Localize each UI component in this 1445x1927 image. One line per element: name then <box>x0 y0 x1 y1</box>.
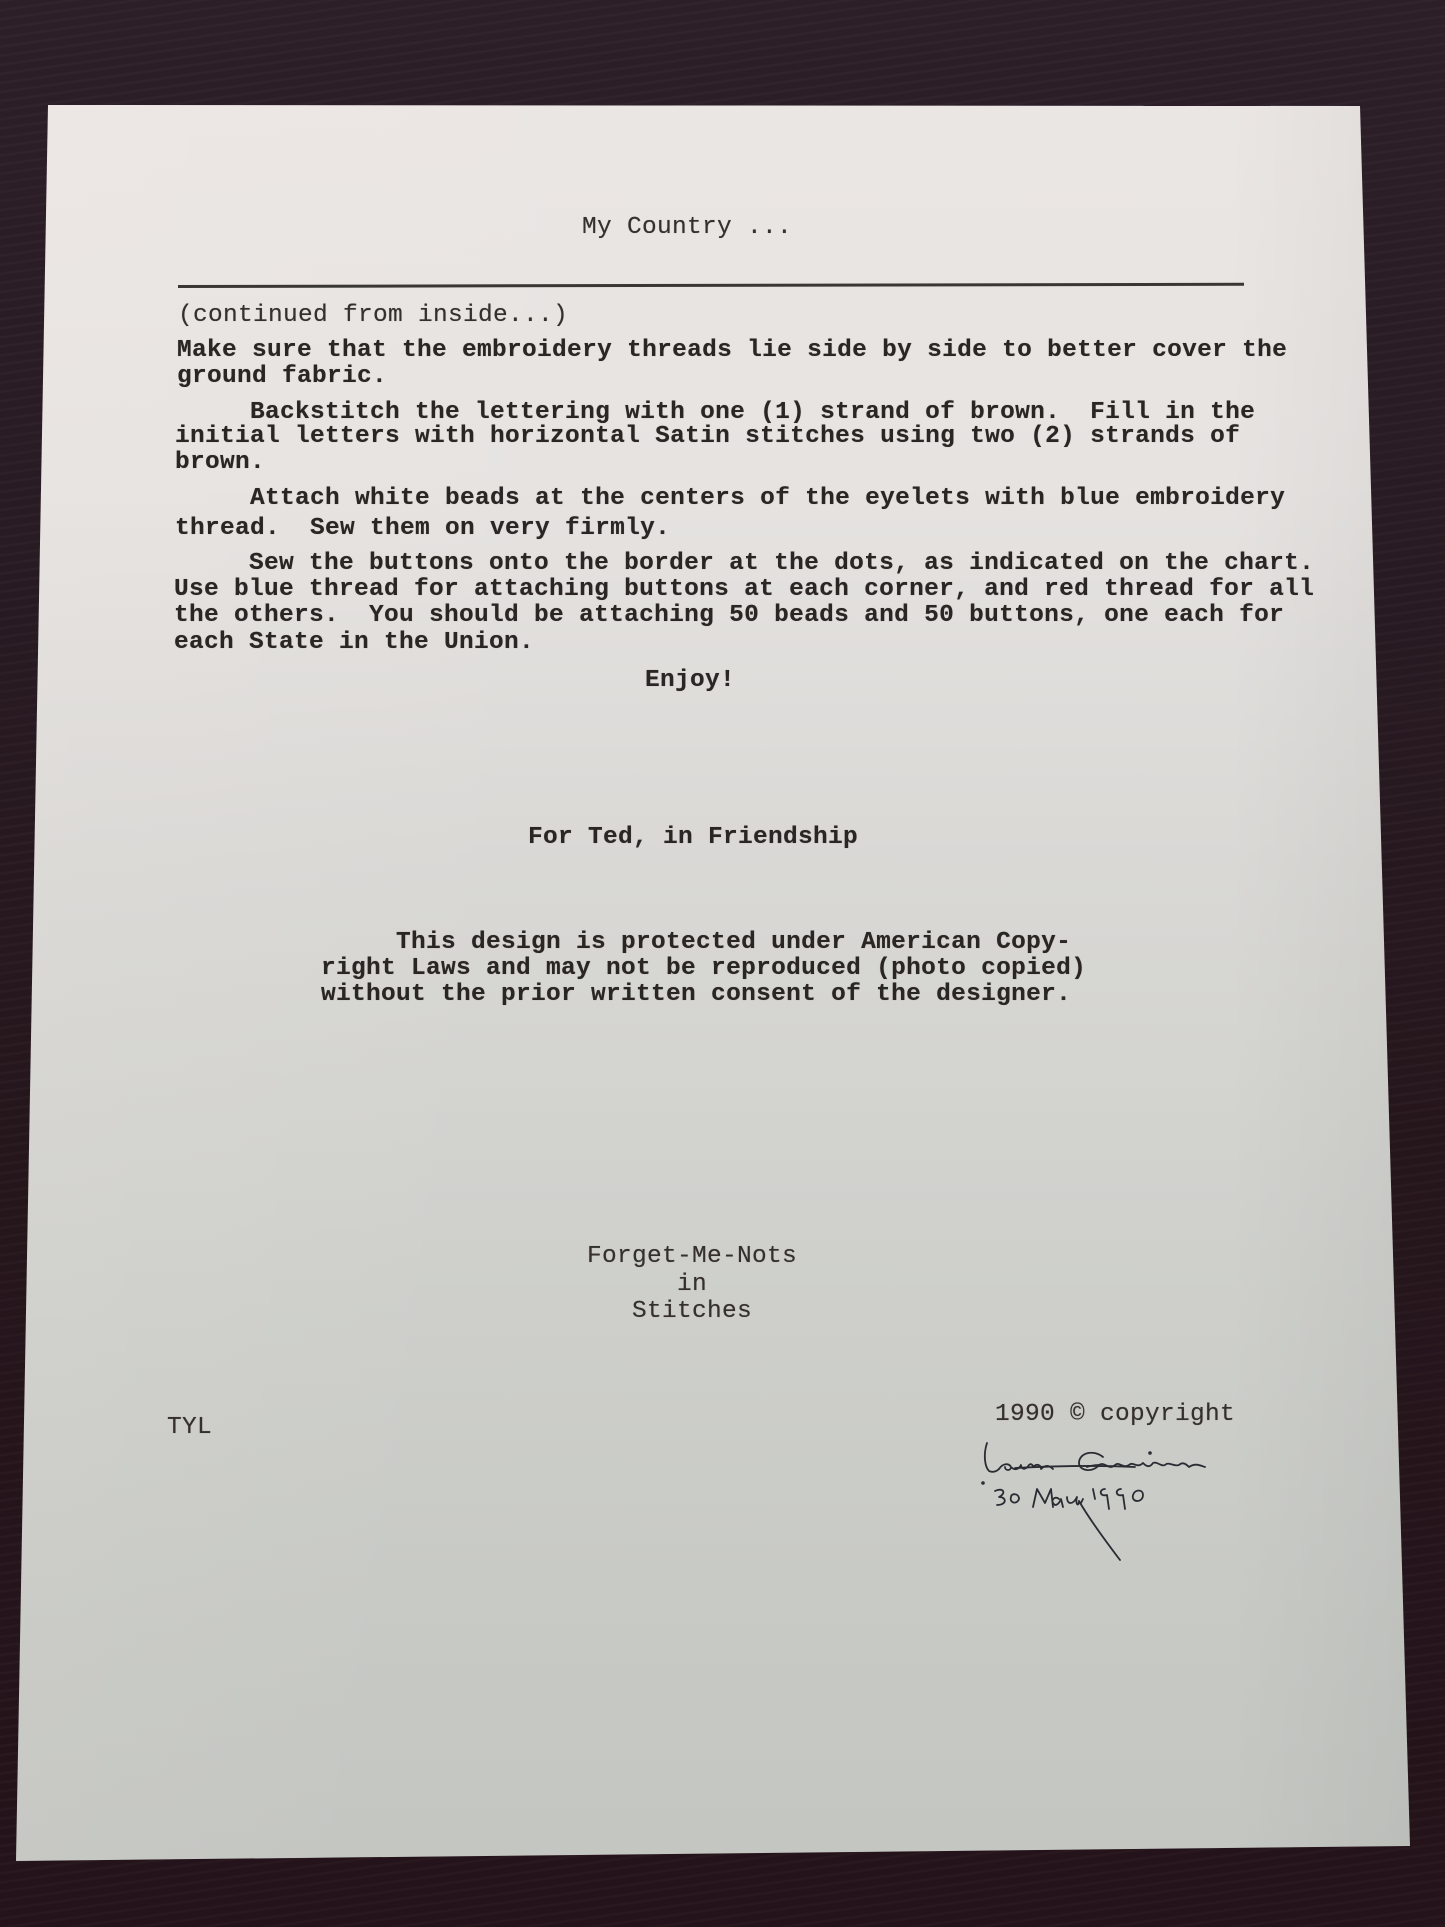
dedication: For Ted, in Friendship <box>528 825 858 851</box>
paragraph-line: thread. Sew them on very firmly. <box>175 516 670 542</box>
document-title: My Country ... <box>582 215 792 241</box>
paragraph-line: brown. <box>175 450 265 476</box>
copyright-notice-line: without the prior written consent of the… <box>321 982 1071 1008</box>
brand-line: in <box>492 1272 892 1298</box>
initials: TYL <box>167 1415 212 1441</box>
paragraph-line: initial letters with horizontal Satin st… <box>175 424 1240 450</box>
copyright-line: 1990 © copyright <box>995 1402 1235 1428</box>
closing-enjoy: Enjoy! <box>645 668 735 694</box>
brand-line: Forget-Me-Nots <box>492 1244 892 1270</box>
copyright-notice-line: This design is protected under American … <box>321 930 1071 956</box>
paragraph-line: Attach white beads at the centers of the… <box>175 486 1285 512</box>
paragraph-line: the others. You should be attaching 50 b… <box>174 603 1284 629</box>
paragraph-line: Make sure that the embroidery threads li… <box>177 338 1287 364</box>
paragraph-line: Sew the buttons onto the border at the d… <box>174 551 1314 577</box>
handwritten-signature <box>975 1435 1275 1585</box>
copyright-notice-line: right Laws and may not be reproduced (ph… <box>321 956 1086 982</box>
paragraph-line: each State in the Union. <box>174 630 534 656</box>
paragraph-line: Use blue thread for attaching buttons at… <box>174 577 1314 603</box>
continued-note: (continued from inside...) <box>178 303 568 329</box>
paragraph-line: ground fabric. <box>177 364 387 390</box>
brand-line: Stitches <box>492 1299 892 1325</box>
